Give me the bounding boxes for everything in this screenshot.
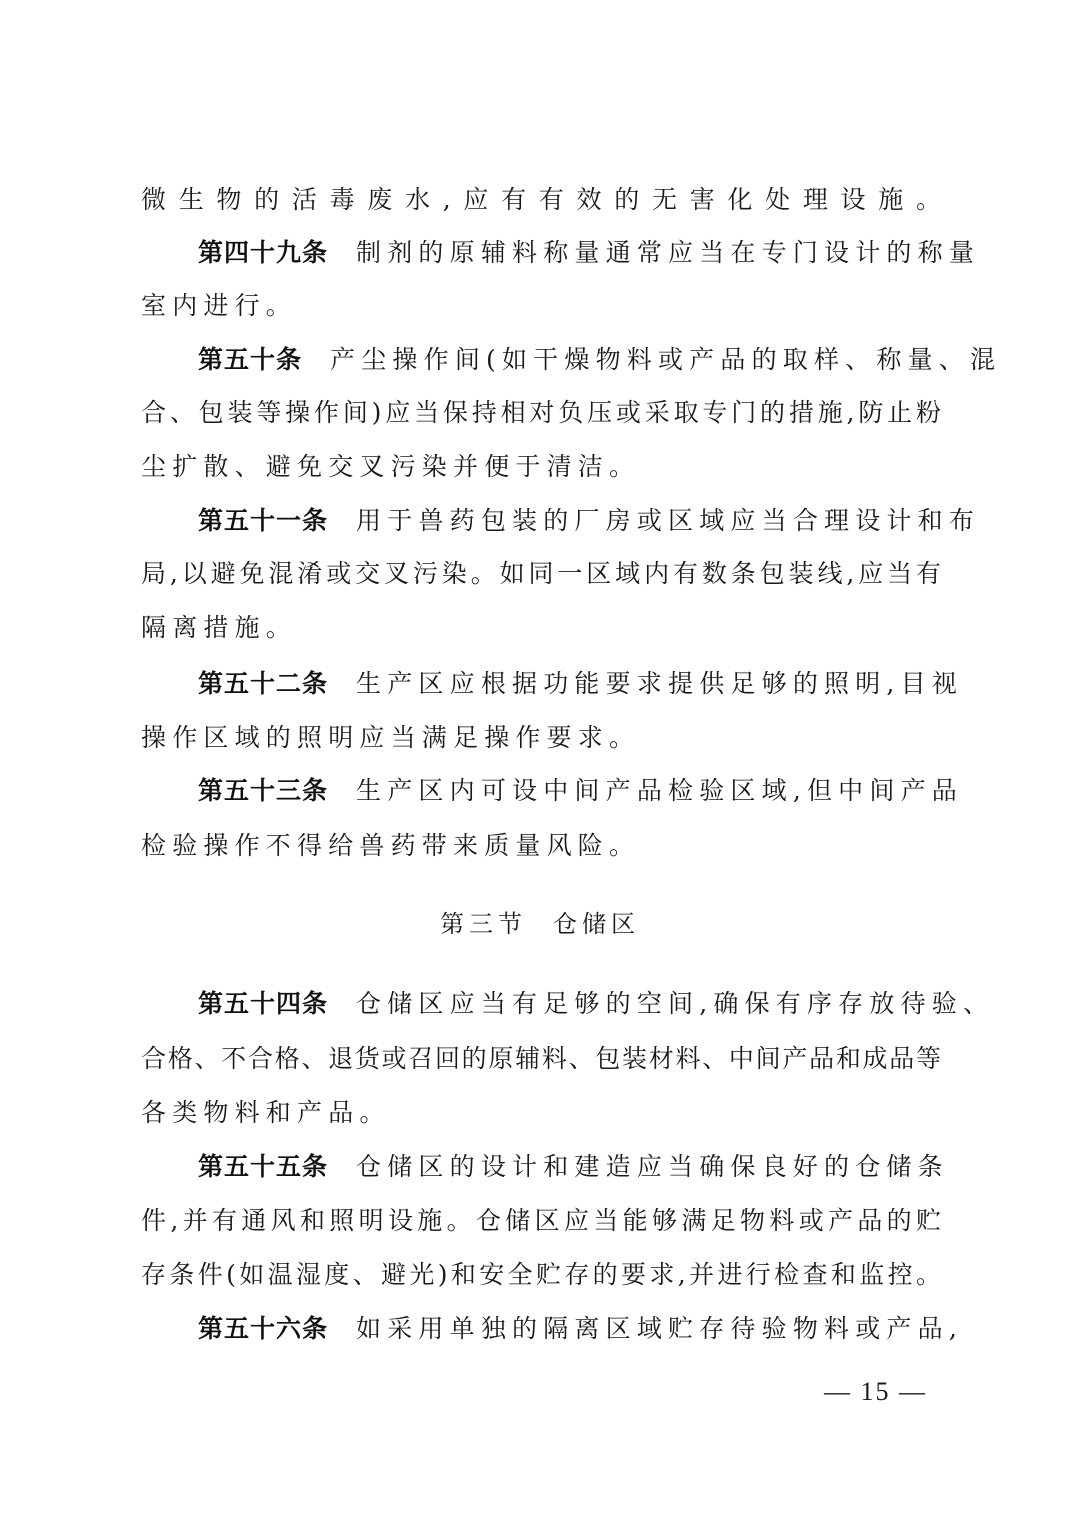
page-number: — 15 —: [824, 1372, 927, 1412]
article-text: 制剂的原辅料称量通常应当在专门设计的称量: [356, 238, 980, 267]
article-51-text: 局,以避免混淆或交叉污染。如同一区域内有数条包装线,应当有: [141, 554, 941, 594]
article-51: 第五十一条用于兽药包装的厂房或区域应当合理设计和布: [198, 501, 943, 541]
article-51-text: 隔离措施。: [141, 608, 941, 648]
article-number: 第五十三条: [198, 776, 328, 805]
article-49: 第四十九条制剂的原辅料称量通常应当在专门设计的称量: [198, 233, 943, 273]
section-title: 仓储区: [553, 910, 640, 938]
article-number: 第五十四条: [198, 989, 328, 1018]
article-number: 第五十二条: [198, 669, 328, 698]
section-heading: 第三节仓储区: [0, 904, 1080, 944]
article-number: 第四十九条: [198, 238, 328, 267]
article-55: 第五十五条仓储区的设计和建造应当确保良好的仓储条: [198, 1147, 943, 1187]
article-52-text: 操作区域的照明应当满足操作要求。: [141, 718, 941, 758]
article-53-text: 检验操作不得给兽药带来质量风险。: [141, 826, 941, 866]
article-number: 第五十一条: [198, 506, 328, 535]
article-56: 第五十六条如采用单独的隔离区域贮存待验物料或产品,: [198, 1309, 943, 1349]
paragraph-continuation: 微生物的活毒废水,应有有效的无害化处理设施。: [141, 180, 941, 220]
article-number: 第五十条: [198, 345, 302, 374]
article-52: 第五十二条生产区应根据功能要求提供足够的照明,目视: [198, 664, 943, 704]
article-text: 如采用单独的隔离区域贮存待验物料或产品,: [356, 1314, 963, 1343]
article-number: 第五十五条: [198, 1152, 328, 1181]
article-text: 生产区应根据功能要求提供足够的照明,目视: [356, 669, 963, 698]
article-50: 第五十条产尘操作间(如干燥物料或产品的取样、称量、混: [198, 340, 943, 380]
article-54-text: 各类物料和产品。: [141, 1093, 941, 1133]
section-number: 第三节: [440, 910, 527, 938]
article-text: 用于兽药包装的厂房或区域应当合理设计和布: [356, 506, 980, 535]
article-49-text: 室内进行。: [141, 286, 941, 326]
article-text: 产尘操作间(如干燥物料或产品的取样、称量、混: [330, 345, 1001, 374]
article-54-text: 合格、不合格、退货或召回的原辅料、包装材料、中间产品和成品等: [141, 1039, 941, 1079]
article-text: 仓储区的设计和建造应当确保良好的仓储条: [356, 1152, 949, 1181]
article-50-text: 尘扩散、避免交叉污染并便于清洁。: [141, 447, 941, 487]
article-text: 生产区内可设中间产品检验区域,但中间产品: [356, 776, 963, 805]
article-53: 第五十三条生产区内可设中间产品检验区域,但中间产品: [198, 771, 943, 811]
article-54: 第五十四条仓储区应当有足够的空间,确保有序存放待验、: [198, 984, 943, 1024]
article-50-text: 合、包装等操作间)应当保持相对负压或采取专门的措施,防止粉: [141, 393, 941, 433]
article-number: 第五十六条: [198, 1314, 328, 1343]
article-text: 仓储区应当有足够的空间,确保有序存放待验、: [356, 989, 994, 1018]
article-55-text: 存条件(如温湿度、避光)和安全贮存的要求,并进行检查和监控。: [141, 1255, 941, 1295]
article-55-text: 件,并有通风和照明设施。仓储区应当能够满足物料或产品的贮: [141, 1201, 941, 1241]
